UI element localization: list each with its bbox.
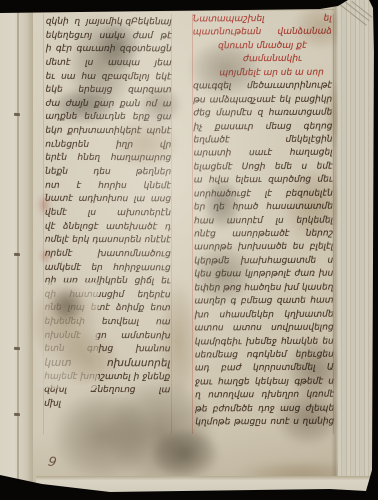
binding-crease [17,0,19,500]
fore-edge-page-stack [338,0,374,491]
sewing-thread [14,413,20,416]
bottom-leaf-edge [36,476,372,492]
sewing-thread [14,113,20,116]
sewing-thread [14,253,20,256]
sewing-thread [14,347,20,350]
page-sheen [33,6,341,488]
manuscript-photo: զկնիղյայսմիկ զԲեկենայեկեղեցւոյ սակս ժամ … [0,0,378,500]
